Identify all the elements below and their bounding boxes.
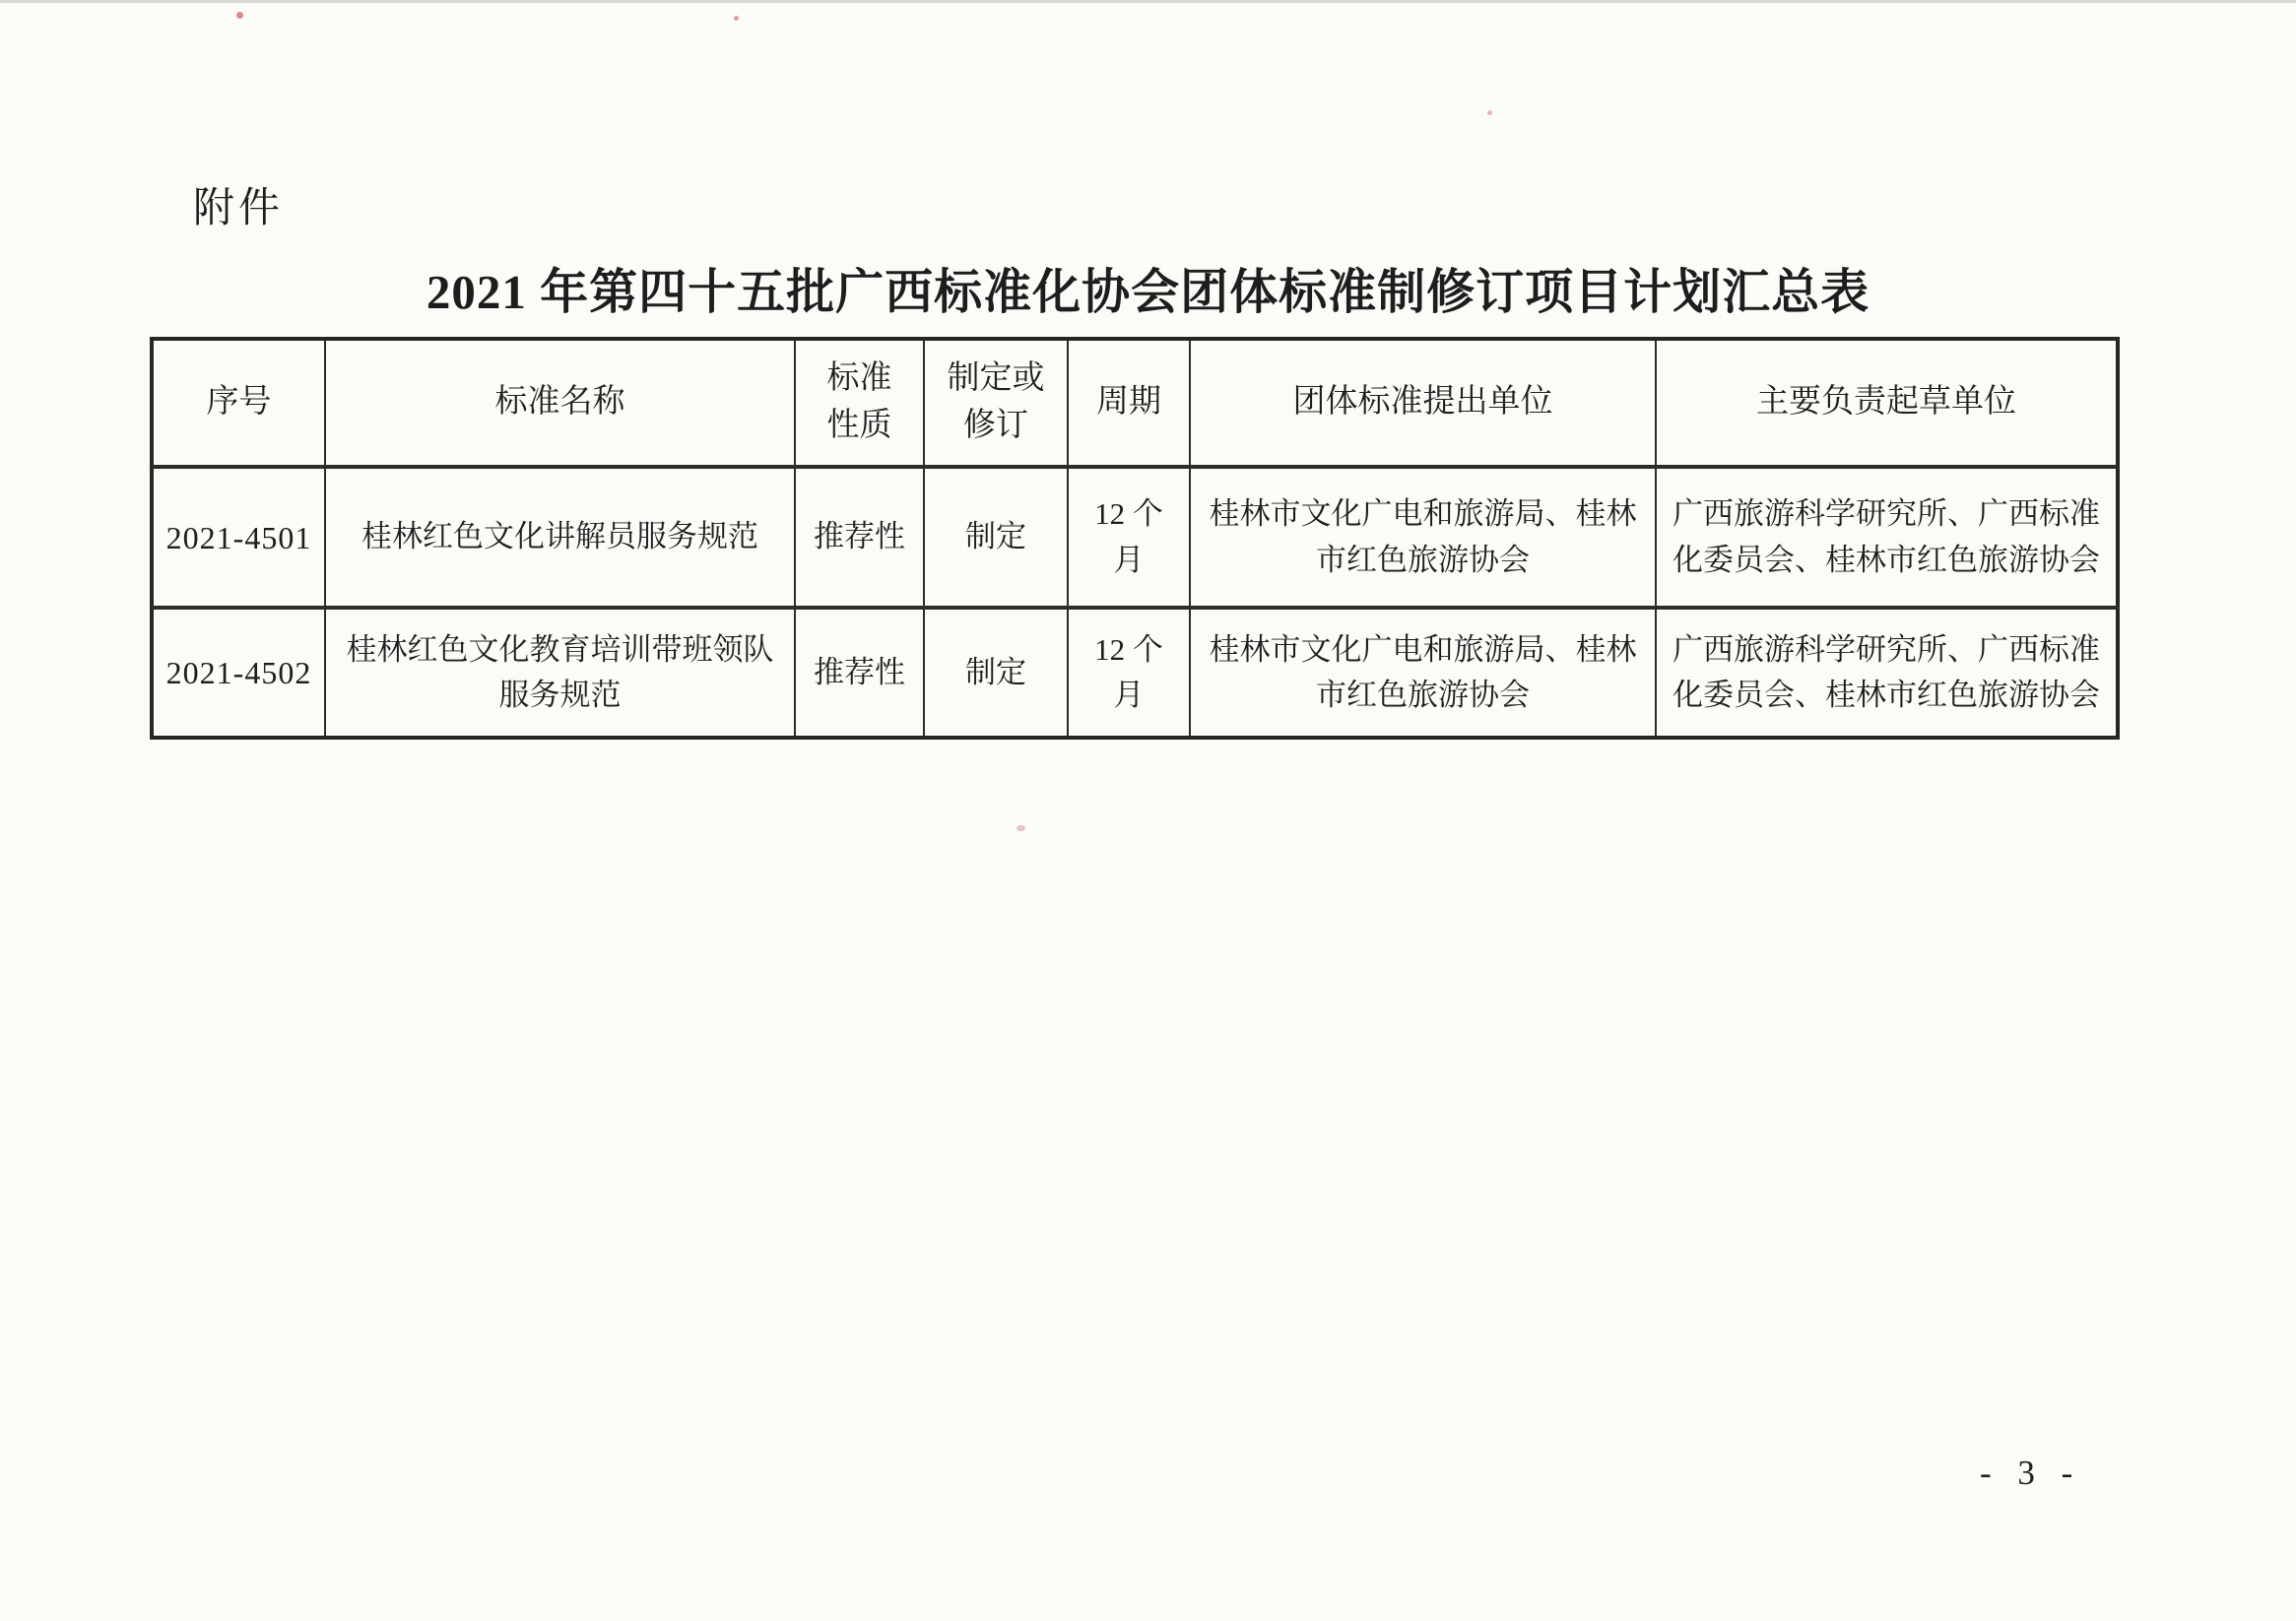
cell-standard-name: 桂林红色文化教育培训带班领队服务规范	[325, 608, 795, 738]
standards-plan-table: 序号 标准名称 标准 性质 制定或 修订 周期 团体标准提出单位 主要负责起草单…	[150, 337, 2120, 740]
scan-speck	[734, 16, 739, 21]
table-row: 2021-4502 桂林红色文化教育培训带班领队服务规范 推荐性 制定 12 个…	[152, 608, 2118, 738]
scan-speck	[236, 12, 243, 19]
scanned-document-page: 附件 2021 年第四十五批广西标准化协会团体标准制修订项目计划汇总表 序号 标…	[0, 0, 2296, 1621]
table-header-row: 序号 标准名称 标准 性质 制定或 修订 周期 团体标准提出单位 主要负责起草单…	[152, 339, 2118, 467]
scan-speck	[1487, 110, 1492, 115]
column-header-cycle: 周期	[1068, 339, 1190, 467]
cell-serial: 2021-4502	[152, 608, 325, 738]
column-header-serial: 序号	[152, 339, 325, 467]
page-number: - 3 -	[1980, 1454, 2081, 1493]
cell-serial: 2021-4501	[152, 467, 325, 608]
column-header-nature: 标准 性质	[795, 339, 924, 467]
cell-standard-name: 桂林红色文化讲解员服务规范	[325, 467, 795, 608]
cell-drafter: 广西旅游科学研究所、广西标准化委员会、桂林市红色旅游协会	[1656, 608, 2118, 738]
cell-revision-type: 制定	[924, 608, 1068, 738]
page-title: 2021 年第四十五批广西标准化协会团体标准制修订项目计划汇总表	[0, 254, 2296, 323]
cell-cycle: 12 个月	[1068, 467, 1190, 608]
cell-revision-type: 制定	[924, 467, 1068, 608]
attachment-label: 附件	[193, 175, 284, 234]
table-row: 2021-4501 桂林红色文化讲解员服务规范 推荐性 制定 12 个月 桂林市…	[152, 467, 2118, 608]
cell-proposer: 桂林市文化广电和旅游局、桂林市红色旅游协会	[1190, 467, 1656, 608]
column-header-proposer: 团体标准提出单位	[1190, 339, 1656, 467]
scan-speck	[1017, 825, 1025, 831]
cell-nature: 推荐性	[795, 467, 924, 608]
column-header-revision: 制定或 修订	[924, 339, 1068, 467]
column-header-drafter: 主要负责起草单位	[1656, 339, 2118, 467]
cell-drafter: 广西旅游科学研究所、广西标准化委员会、桂林市红色旅游协会	[1656, 467, 2118, 608]
cell-nature: 推荐性	[795, 608, 924, 738]
cell-proposer: 桂林市文化广电和旅游局、桂林市红色旅游协会	[1190, 608, 1656, 738]
column-header-name: 标准名称	[325, 339, 795, 467]
scanner-edge-artifact	[0, 0, 2296, 3]
cell-cycle: 12 个月	[1068, 608, 1190, 738]
